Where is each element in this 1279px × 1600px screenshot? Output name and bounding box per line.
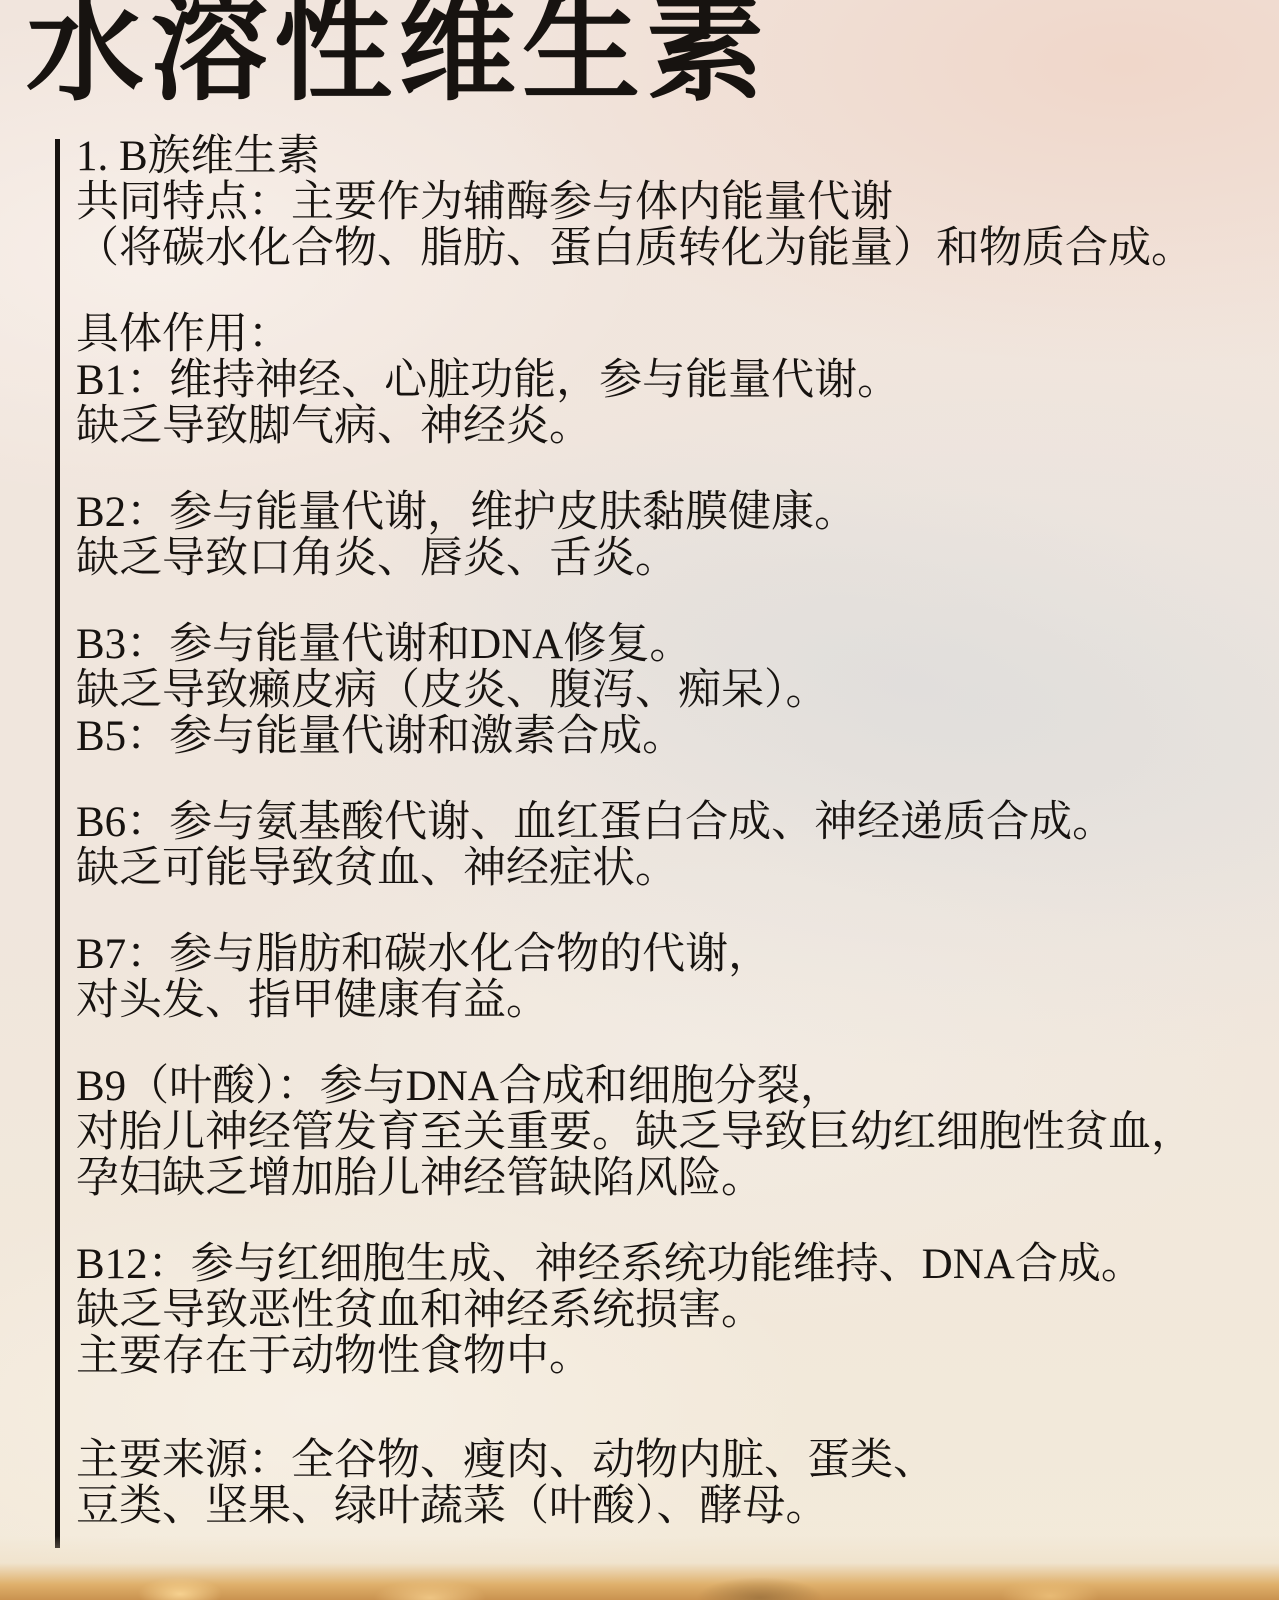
paragraph-b2: B2：参与能量代谢，维护皮肤黏膜健康。 缺乏导致口角炎、唇炎、舌炎。 <box>76 490 1266 582</box>
text-line: 对头发、指甲健康有益。 <box>76 978 1266 1024</box>
text-line: 缺乏导致癞皮病（皮炎、腹泻、痴呆）。 <box>76 668 1266 714</box>
text-line: 具体作用： <box>76 312 1266 358</box>
paragraph-main-sources: 主要来源：全谷物、瘦肉、动物内脏、蛋类、 豆类、坚果、绿叶蔬菜（叶酸）、酵母。 <box>76 1438 1266 1530</box>
infographic-page: 水溶性维生素 1. B族维生素 共同特点：主要作为辅酶参与体内能量代谢 （将碳水… <box>0 0 1279 1600</box>
text-line: B3：参与能量代谢和DNA修复。 <box>76 622 1266 668</box>
text-line: 对胎儿神经管发育至关重要。缺乏导致巨幼红细胞性贫血， <box>76 1110 1266 1156</box>
paragraph-b-vitamins-overview: 1. B族维生素 共同特点：主要作为辅酶参与体内能量代谢 （将碳水化合物、脂肪、… <box>76 134 1266 272</box>
page-title: 水溶性维生素 <box>26 0 770 116</box>
text-line: B9（叶酸）：参与DNA合成和细胞分裂， <box>76 1064 1266 1110</box>
text-line: 缺乏导致口角炎、唇炎、舌炎。 <box>76 536 1266 582</box>
paragraph-specific-functions-b1: 具体作用： B1：维持神经、心脏功能，参与能量代谢。 缺乏导致脚气病、神经炎。 <box>76 312 1266 450</box>
text-line: B5：参与能量代谢和激素合成。 <box>76 714 1266 760</box>
paragraph-b7: B7：参与脂肪和碳水化合物的代谢， 对头发、指甲健康有益。 <box>76 932 1266 1024</box>
paragraph-b3-b5: B3：参与能量代谢和DNA修复。 缺乏导致癞皮病（皮炎、腹泻、痴呆）。 B5：参… <box>76 622 1266 760</box>
text-line: 豆类、坚果、绿叶蔬菜（叶酸）、酵母。 <box>76 1484 1266 1530</box>
bottom-food-photo-strip <box>0 1536 1279 1600</box>
text-line: B6：参与氨基酸代谢、血红蛋白合成、神经递质合成。 <box>76 800 1266 846</box>
text-line: B2：参与能量代谢，维护皮肤黏膜健康。 <box>76 490 1266 536</box>
text-line: 主要存在于动物性食物中。 <box>76 1334 1266 1380</box>
text-line: 主要来源：全谷物、瘦肉、动物内脏、蛋类、 <box>76 1438 1266 1484</box>
text-line: B1：维持神经、心脏功能，参与能量代谢。 <box>76 358 1266 404</box>
text-line: 共同特点：主要作为辅酶参与体内能量代谢 <box>76 180 1266 226</box>
text-line: 缺乏导致脚气病、神经炎。 <box>76 404 1266 450</box>
text-line: 缺乏导致恶性贫血和神经系统损害。 <box>76 1288 1266 1334</box>
text-line: B12：参与红细胞生成、神经系统功能维持、DNA合成。 <box>76 1242 1266 1288</box>
text-line: B7：参与脂肪和碳水化合物的代谢， <box>76 932 1266 978</box>
text-line: 孕妇缺乏增加胎儿神经管缺陷风险。 <box>76 1156 1266 1202</box>
paragraph-b6: B6：参与氨基酸代谢、血红蛋白合成、神经递质合成。 缺乏可能导致贫血、神经症状。 <box>76 800 1266 892</box>
left-vertical-rule <box>55 139 60 1548</box>
text-line: 缺乏可能导致贫血、神经症状。 <box>76 846 1266 892</box>
paragraph-b9-folate: B9（叶酸）：参与DNA合成和细胞分裂， 对胎儿神经管发育至关重要。缺乏导致巨幼… <box>76 1064 1266 1202</box>
paragraph-b12: B12：参与红细胞生成、神经系统功能维持、DNA合成。 缺乏导致恶性贫血和神经系… <box>76 1242 1266 1380</box>
content-block: 1. B族维生素 共同特点：主要作为辅酶参与体内能量代谢 （将碳水化合物、脂肪、… <box>76 134 1266 1570</box>
text-line: （将碳水化合物、脂肪、蛋白质转化为能量）和物质合成。 <box>76 226 1266 272</box>
text-line: 1. B族维生素 <box>76 134 1266 180</box>
